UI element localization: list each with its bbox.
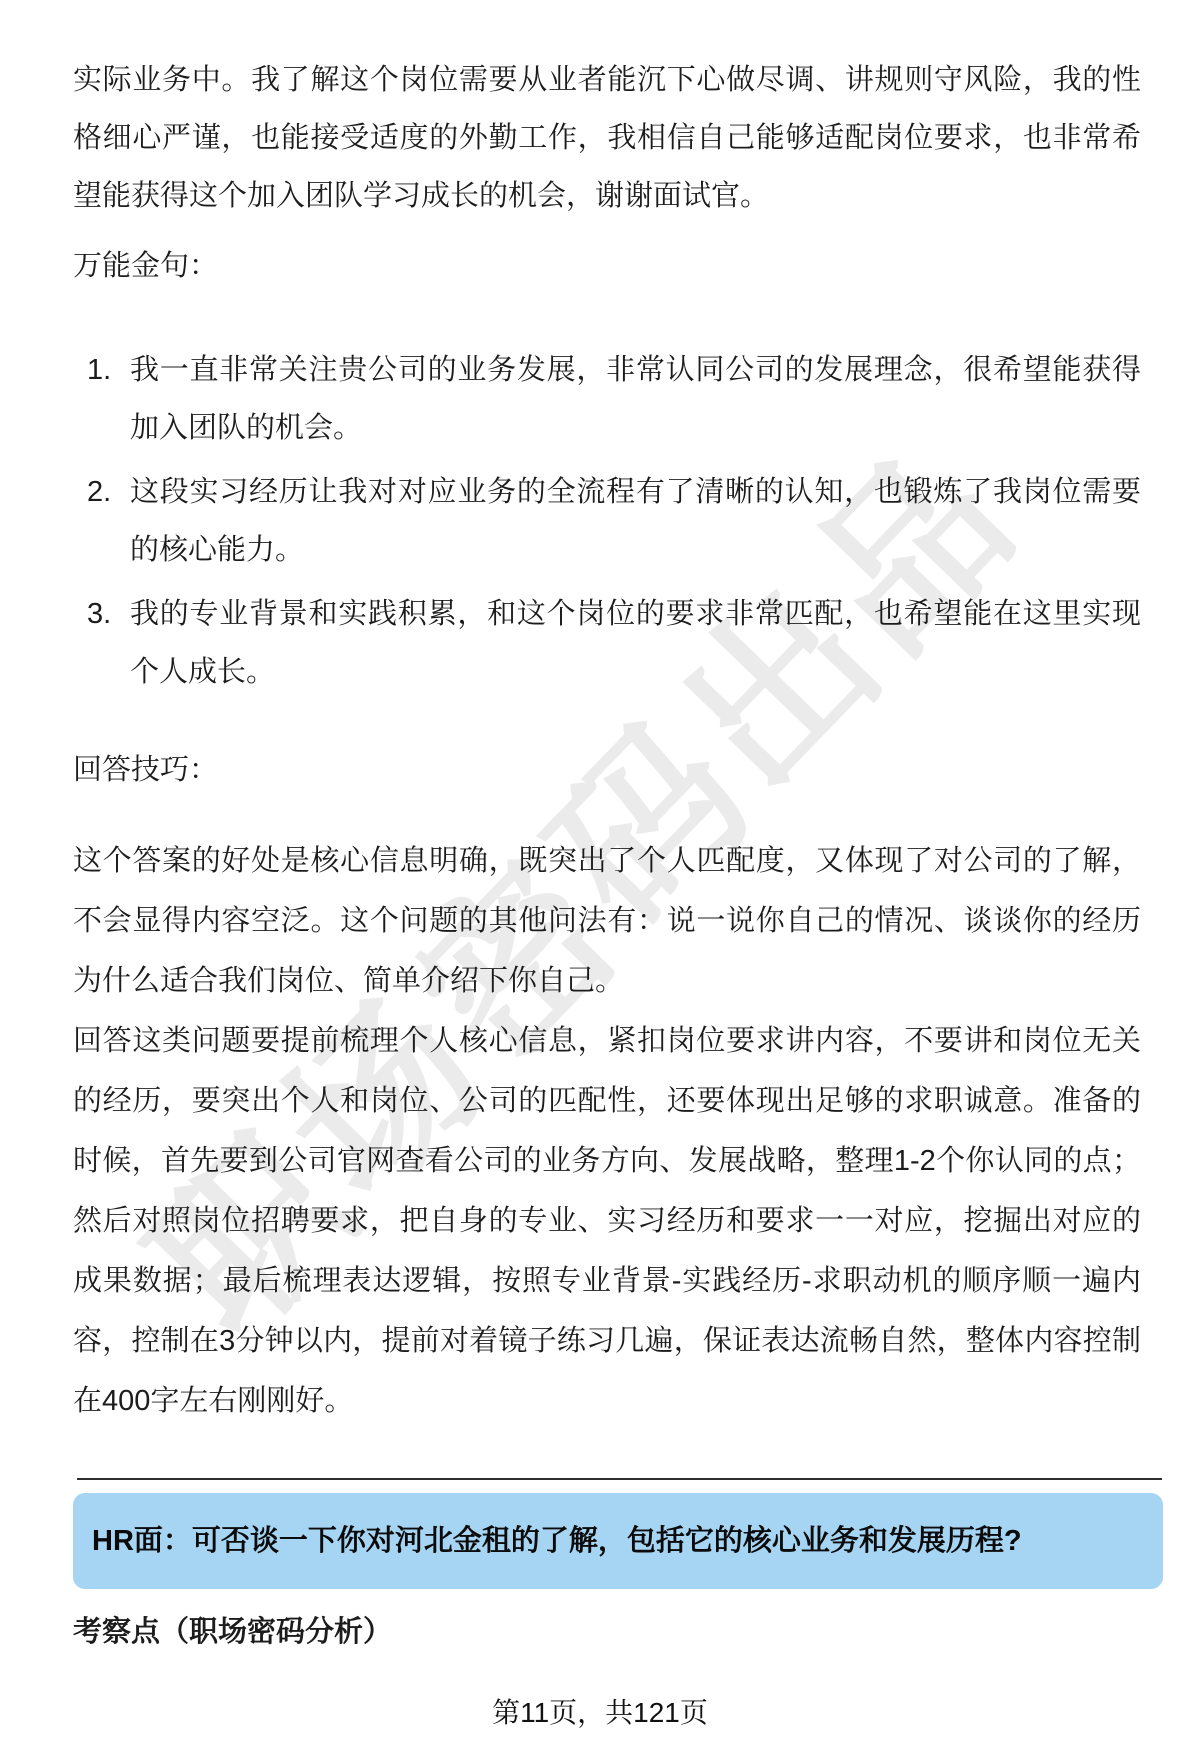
list-item-marker: 3.: [73, 585, 130, 701]
list-item: 2. 这段实习经历让我对对应业务的全流程有了清晰的认知，也锻炼了我岗位需要的核心…: [73, 463, 1141, 579]
page-content: 实际业务中。我了解这个岗位需要从业者能沉下心做尽调、讲规则守风险，我的性格细心严…: [0, 0, 1200, 1654]
body-paragraph-1: 实际业务中。我了解这个岗位需要从业者能沉下心做尽调、讲规则守风险，我的性格细心严…: [73, 51, 1141, 225]
list-item: 1. 我一直非常关注贵公司的业务发展，非常认同公司的发展理念，很希望能获得加入团…: [73, 341, 1141, 457]
golden-lines-list: 1. 我一直非常关注贵公司的业务发展，非常认同公司的发展理念，很希望能获得加入团…: [73, 341, 1141, 701]
tips-block: 这个答案的好处是核心信息明确，既突出了个人匹配度，又体现了对公司的了解，不会显得…: [73, 831, 1141, 1431]
section-divider: [77, 1478, 1162, 1480]
hr-question-text: HR面：可否谈一下你对河北金租的了解，包括它的核心业务和发展历程?: [92, 1522, 1022, 1560]
tips-paragraph-2: 回答这类问题要提前梳理个人核心信息，紧扣岗位要求讲内容，不要讲和岗位无关的经历，…: [73, 1011, 1141, 1431]
golden-lines-heading: 万能金句：: [73, 237, 1141, 295]
list-item: 3. 我的专业背景和实践积累，和这个岗位的要求非常匹配，也希望能在这里实现个人成…: [73, 585, 1141, 701]
tips-heading: 回答技巧：: [73, 741, 1141, 799]
list-item-marker: 1.: [73, 341, 130, 457]
list-item-text: 这段实习经历让我对对应业务的全流程有了清晰的认知，也锻炼了我岗位需要的核心能力。: [130, 463, 1141, 579]
exam-point-heading: 考察点（职场密码分析）: [73, 1610, 1141, 1654]
hr-question-box: HR面：可否谈一下你对河北金租的了解，包括它的核心业务和发展历程?: [73, 1493, 1163, 1589]
document-page: 职场密码出品 实际业务中。我了解这个岗位需要从业者能沉下心做尽调、讲规则守风险，…: [0, 0, 1200, 1755]
tips-paragraph-1: 这个答案的好处是核心信息明确，既突出了个人匹配度，又体现了对公司的了解，不会显得…: [73, 831, 1141, 1011]
page-number-footer: 第11页，共121页: [0, 1693, 1200, 1733]
list-item-text: 我的专业背景和实践积累，和这个岗位的要求非常匹配，也希望能在这里实现个人成长。: [130, 585, 1141, 701]
list-item-text: 我一直非常关注贵公司的业务发展，非常认同公司的发展理念，很希望能获得加入团队的机…: [130, 341, 1141, 457]
list-item-marker: 2.: [73, 463, 130, 579]
